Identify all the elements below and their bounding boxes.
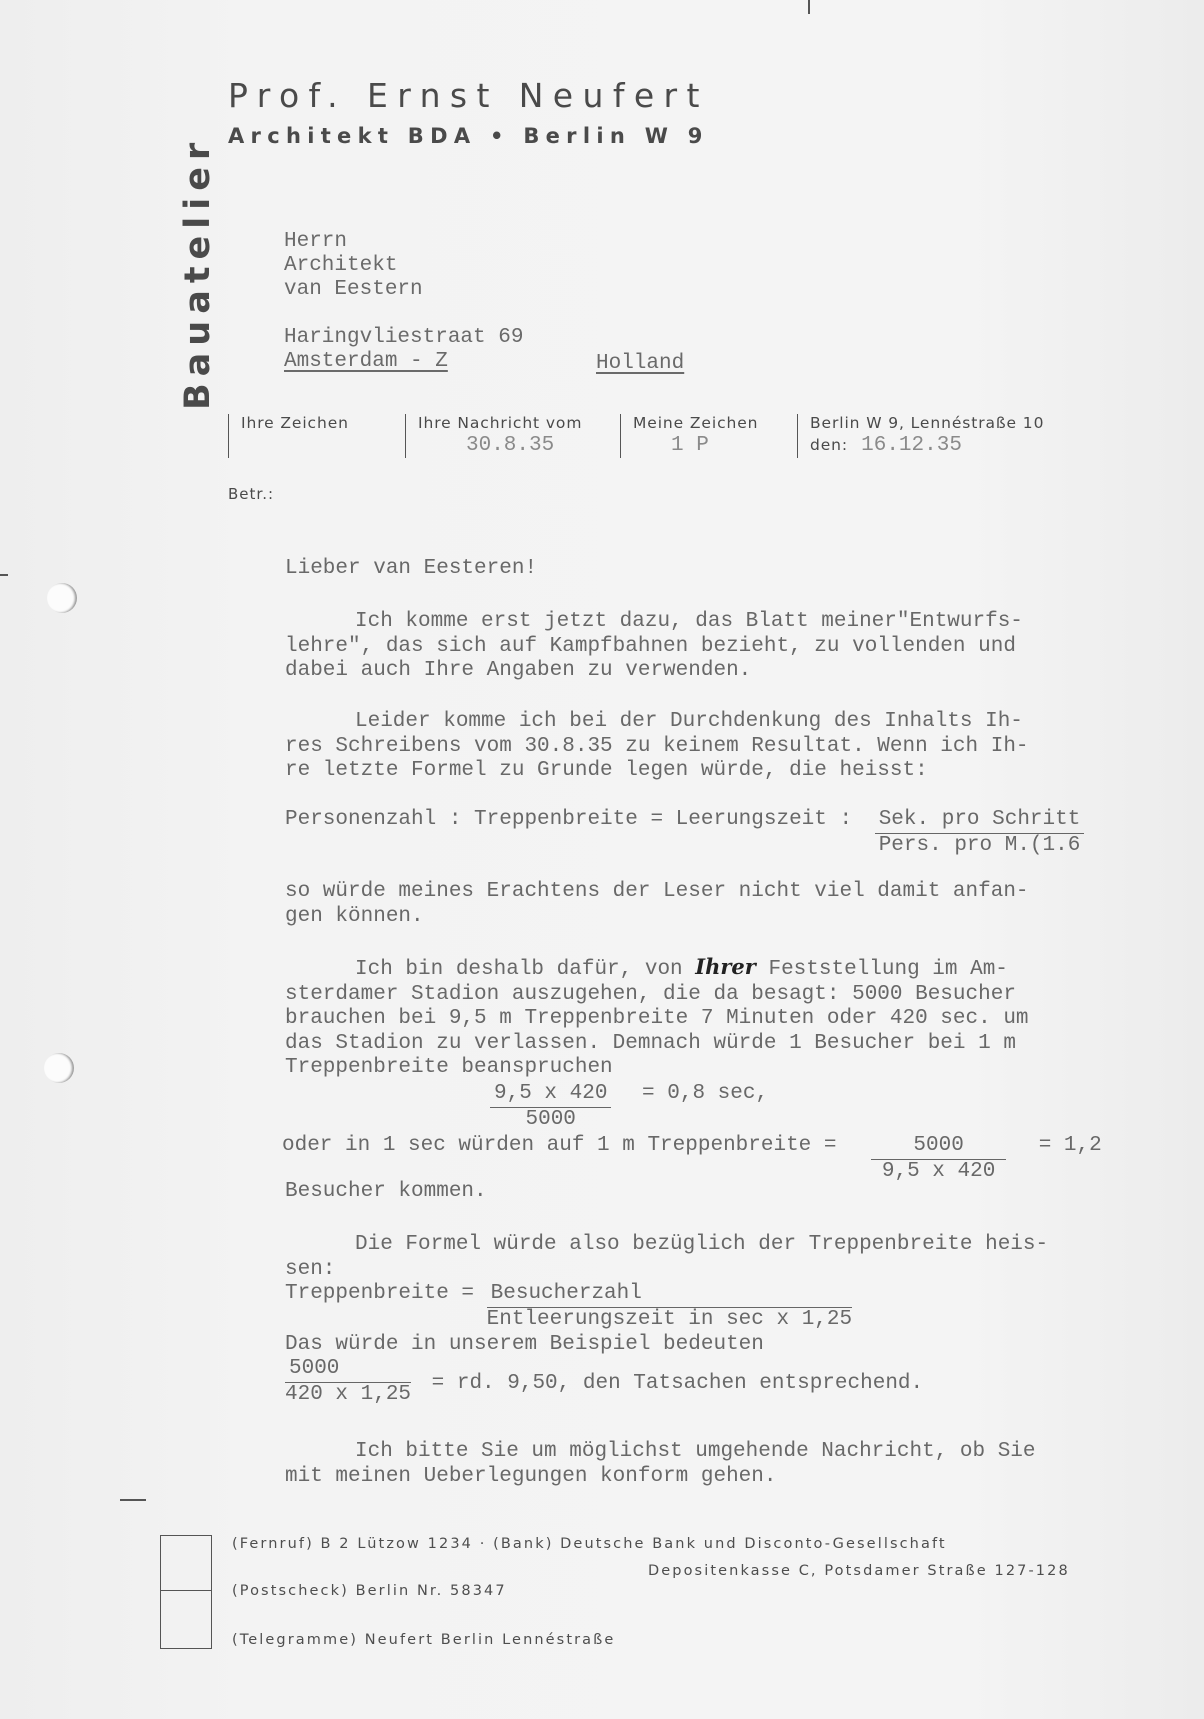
formula-left: oder in 1 sec würden auf 1 m Treppenbrei… — [282, 1134, 837, 1157]
ref-ihre-nachricht: Ihre Nachricht vom 30.8.35 — [405, 414, 618, 458]
text-line: Die Formel würde also bezüglich der Trep… — [285, 1233, 1048, 1258]
denominator: 5000 — [490, 1108, 611, 1133]
text-line: dabei auch Ihre Angaben zu verwenden. — [285, 659, 1023, 684]
footer-boxes — [160, 1535, 212, 1649]
recipient-line: Herrn — [284, 230, 523, 254]
text-line: so würde meines Erachtens der Leser nich… — [285, 880, 1029, 905]
recipient-line: van Eestern — [284, 278, 523, 302]
footer-line-2: Depositenkasse C, Potsdamer Straße 127-1… — [648, 1563, 1070, 1579]
salutation: Lieber van Eesteren! — [285, 557, 537, 582]
fold-mark — [120, 1499, 146, 1501]
formula-5: 5000 420 x 1,25 = rd. 9,50, den Tatsache… — [285, 1357, 923, 1407]
denominator: 9,5 x 420 — [871, 1160, 1006, 1185]
text-line: Leider komme ich bei der Durchdenkung de… — [285, 710, 1029, 735]
recipient-address: Herrn Architekt van Eestern Haringvliest… — [284, 230, 523, 374]
numerator: Besucherzahl — [487, 1282, 852, 1308]
handwritten-correction: Ihrer — [695, 954, 756, 979]
paragraph-2: Leider komme ich bei der Durchdenkung de… — [285, 710, 1029, 784]
text-span: Feststellung im Am- — [756, 958, 1008, 981]
formula-left: Personenzahl : Treppenbreite = Leerungsz… — [285, 808, 852, 831]
text-line: mit meinen Ueberlegungen konform gehen. — [285, 1465, 1036, 1490]
denominator: 420 x 1,25 — [285, 1383, 411, 1408]
formula-fraction: Sek. pro Schritt Pers. pro M.(1.6 — [875, 808, 1085, 858]
numerator: 5000 — [285, 1357, 411, 1383]
text-line: Ich bin deshalb dafür, von Ihrer Festste… — [285, 955, 1029, 983]
text-line: re letzte Formel zu Grunde legen würde, … — [285, 759, 1029, 784]
letterhead-name: Prof. Ernst Neufert — [228, 76, 709, 115]
fold-mark — [0, 574, 8, 576]
recipient-country: Holland — [596, 352, 684, 376]
text-line: gen können. — [285, 905, 1029, 930]
ref-ihre-zeichen: Ihre Zeichen — [228, 414, 391, 458]
formula-4: Treppenbreite = Besucherzahl Entleerungs… — [285, 1282, 852, 1332]
punch-hole — [44, 1053, 74, 1083]
subject-label: Betr.: — [228, 485, 274, 503]
denominator: Entleerungszeit in sec x 1,25 — [487, 1308, 852, 1333]
text-line: sterdamer Stadion auszugehen, die da bes… — [285, 983, 1029, 1008]
letter-page: Prof. Ernst Neufert Architekt BDA • Berl… — [0, 0, 1204, 1719]
recipient-street: Haringvliestraat 69 — [284, 326, 523, 350]
ref-label: Ihre Zeichen — [241, 414, 391, 432]
formula-result: = 1,2 — [1039, 1134, 1102, 1157]
formula-fraction: Besucherzahl Entleerungszeit in sec x 1,… — [487, 1282, 852, 1332]
footer-line-4: (Telegramme) Neufert Berlin Lennéstraße — [232, 1632, 615, 1648]
formula-fraction: 5000 9,5 x 420 — [871, 1134, 1006, 1184]
text-line: lehre", das sich auf Kampfbahnen bezieht… — [285, 635, 1023, 660]
text-line: res Schreibens vom 30.8.35 zu keinem Res… — [285, 735, 1029, 760]
formula-result: = 0,8 sec, — [642, 1082, 768, 1105]
letterhead-vertical-label: Bauatelier — [178, 136, 218, 410]
formula-result: = rd. 9,50, den Tatsachen entsprechend. — [432, 1372, 923, 1395]
paragraph-4: Ich bin deshalb dafür, von Ihrer Festste… — [285, 955, 1029, 1081]
text-line: brauchen bei 9,5 m Treppenbreite 7 Minut… — [285, 1007, 1029, 1032]
text-line: Ich komme erst jetzt dazu, das Blatt mei… — [285, 610, 1023, 635]
ref-place: Berlin W 9, Lennéstraße 10 — [810, 414, 1110, 432]
formula-2: 9,5 x 420 5000 = 0,8 sec, — [490, 1082, 768, 1132]
paragraph-7: Das würde in unserem Beispiel bedeuten — [285, 1333, 764, 1358]
ref-value: 30.8.35 — [418, 434, 618, 457]
ref-label: Meine Zeichen — [633, 414, 793, 432]
numerator: 5000 — [871, 1134, 1006, 1160]
footer-line-3: (Postscheck) Berlin Nr. 58347 — [232, 1583, 507, 1599]
letterhead-subtitle: Architekt BDA • Berlin W 9 — [228, 124, 709, 148]
date-label: den: — [810, 436, 848, 454]
footer-line-1: (Fernruf) B 2 Lützow 1234 · (Bank) Deuts… — [232, 1536, 947, 1552]
date-value: 16.12.35 — [861, 434, 962, 457]
edge-mark — [808, 0, 810, 14]
ref-label: Ihre Nachricht vom — [418, 414, 618, 432]
numerator: 9,5 x 420 — [490, 1082, 611, 1108]
formula-fraction: 9,5 x 420 5000 — [490, 1082, 611, 1132]
formula-3: oder in 1 sec würden auf 1 m Treppenbrei… — [282, 1134, 1102, 1184]
text-line: sen: — [285, 1258, 1048, 1283]
recipient-city: Amsterdam - Z — [284, 350, 523, 374]
text-span: Ich bin deshalb dafür, von — [355, 958, 695, 981]
text-line: das Stadion zu verlassen. Demnach würde … — [285, 1032, 1029, 1057]
denominator: Pers. pro M.(1.6 — [875, 834, 1085, 859]
formula-1: Personenzahl : Treppenbreite = Leerungsz… — [285, 808, 1084, 858]
formula-fraction: 5000 420 x 1,25 — [285, 1357, 411, 1407]
paragraph-1: Ich komme erst jetzt dazu, das Blatt mei… — [285, 610, 1023, 684]
paragraph-6: Die Formel würde also bezüglich der Trep… — [285, 1233, 1048, 1282]
punch-hole — [47, 583, 77, 613]
ref-meine-zeichen: Meine Zeichen 1 P — [620, 414, 793, 458]
paragraph-3: so würde meines Erachtens der Leser nich… — [285, 880, 1029, 929]
text-line: Treppenbreite beanspruchen — [285, 1056, 1029, 1081]
ref-value: 1 P — [633, 434, 793, 457]
paragraph-8: Ich bitte Sie um möglichst umgehende Nac… — [285, 1440, 1036, 1489]
formula-left: Treppenbreite = — [285, 1282, 474, 1305]
recipient-line: Architekt — [284, 254, 523, 278]
numerator: Sek. pro Schritt — [875, 808, 1085, 834]
paragraph-5: Besucher kommen. — [285, 1180, 487, 1205]
text-line: Ich bitte Sie um möglichst umgehende Nac… — [285, 1440, 1036, 1465]
ref-place-date: Berlin W 9, Lennéstraße 10 den: 16.12.35 — [797, 414, 1110, 458]
